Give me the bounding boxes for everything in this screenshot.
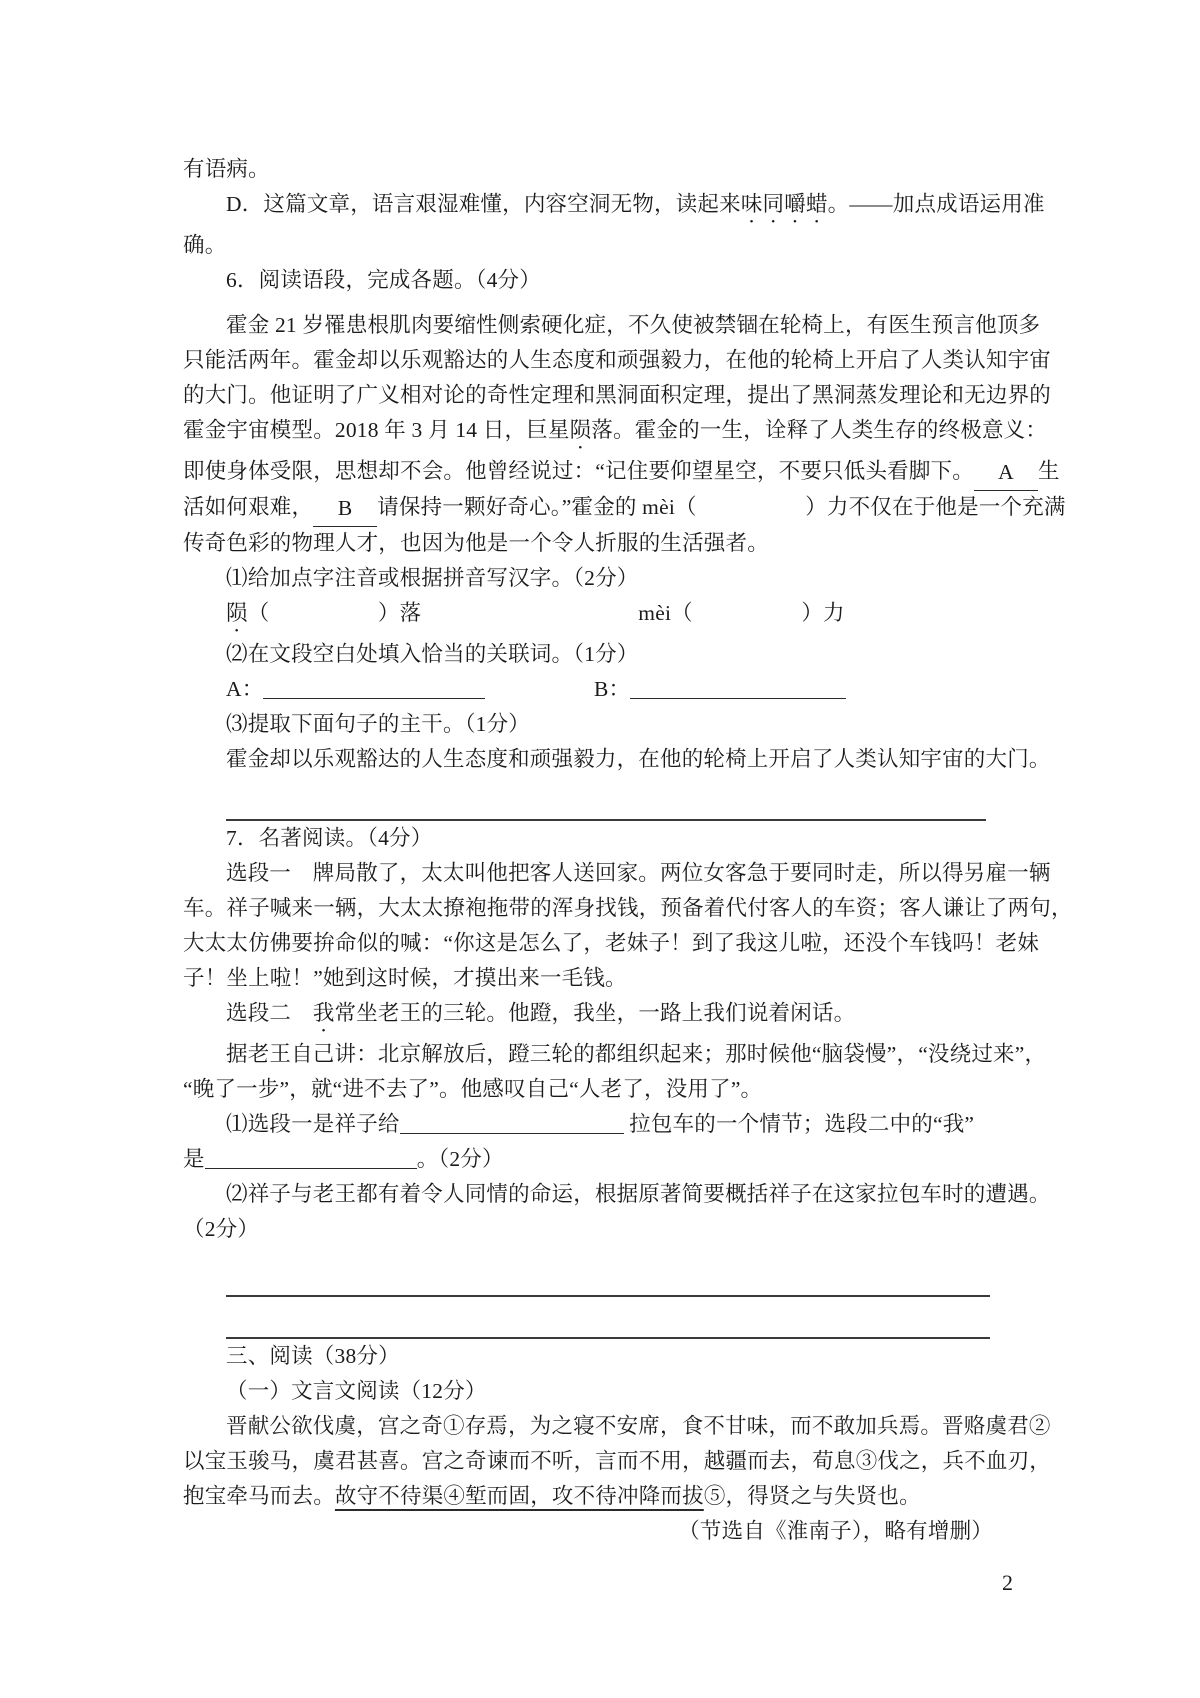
text-run: 晋献公欲伐虞，宫之奇①存焉，为之寝不安席，食不甘味，而不敢加兵焉。晋赂虞君② [226, 1414, 1051, 1438]
text-run: 传奇色彩的物理人才，也因为他是一个令人折服的生活强者。 [183, 531, 769, 555]
section-3-1-header: （一）文言文阅读（12分） [183, 1374, 1039, 1409]
q7-excerpt2-line-2: 据老王自己讲：北京解放后，蹬三轮的都组织起来；那时候他“脑袋慢”，“没绕过来”， [183, 1037, 1039, 1072]
text-run: ⑴选段一是祥子给 [226, 1112, 400, 1136]
exam-page: 有语病。D．这篇文章，语言艰湿难懂，内容空洞无物，读起来味同嚼蜡。——加点成语运… [0, 0, 1200, 1698]
text-run: B： [594, 677, 630, 701]
option-d: D．这篇文章，语言艰湿难懂，内容空洞无物，读起来味同嚼蜡。——加点成语运用准 [183, 187, 1039, 228]
q7-sub1-line-1: ⑴选段一是祥子给 拉包车的一个情节；选段二中的“我” [183, 1107, 1039, 1142]
text-run: （2分） [183, 1217, 259, 1241]
q6-passage-line-2: 只能活两年。霍金却以乐观豁达的人生态度和顽强毅力，在他的轮椅上开启了人类认知宇宙 [183, 343, 1039, 378]
classical-passage-line-3: 抱宝牵马而去。故守不待渠④堑而固，攻不待冲降而拔⑤，得贤之与失贤也。 [183, 1479, 1039, 1514]
text-run: 。——加点成语运用准 [828, 192, 1045, 216]
fill-in-blank [630, 680, 846, 699]
text-run: 活如何艰难， [183, 495, 313, 519]
exam-body: 有语病。D．这篇文章，语言艰湿难懂，内容空洞无物，读起来味同嚼蜡。——加点成语运… [183, 152, 1039, 1549]
q7-excerpt1-line-3: 大太太仿佛要拚命似的喊：“你这是怎么了，老妹子！到了我这儿啦，还没个车钱吗！老妹 [183, 926, 1039, 961]
text-run: 以宝玉骏马，虞君甚喜。宫之奇谏而不听，言而不用，越疆而去，荀息③伐之，兵不血刃， [183, 1449, 1051, 1473]
text-run: ⑤，得贤之与失贤也。 [704, 1484, 921, 1508]
q7-excerpt1-line-1: 选段一 牌局散了，太太叫他把客人送回家。两位女客急于要同时走，所以得另雇一辆 [183, 856, 1039, 891]
text-run: ⑵在文段空白处填入恰当的关联词。（1分） [226, 642, 639, 666]
answer-rule-1 [226, 777, 986, 821]
q6-passage-line-3: 的大门。他证明了广义相对论的奇性定理和黑洞面积定理，提出了黑洞蒸发理论和无边界的 [183, 378, 1039, 413]
q6-passage-line-6: 活如何艰难，B请保持一颗好奇心。”霍金的 mèi（ ）力不仅在于他是一个充满 [183, 490, 1039, 526]
text-run: （节选自《淮南子），略有增删） [678, 1519, 993, 1543]
text-run: 车。祥子喊来一辆，大太太撩袍拖带的浑身找钱，预备着代付客人的车资；客人谦让了两句… [183, 896, 1073, 920]
q7-excerpt2-line-3: “晚了一步”，就“进不去了”。他感叹自己“人老了，没用了”。 [183, 1072, 1039, 1107]
text-run: 7．名著阅读。（4分） [226, 826, 432, 850]
section-3-header: 三、阅读（38分） [183, 1339, 1039, 1374]
answer-rule-3 [226, 1297, 990, 1339]
emphasis-dotted-text: 陨 [226, 601, 248, 625]
text-run [485, 677, 594, 701]
text-run: 抱宝牵马而去。 [183, 1484, 335, 1508]
classical-passage-line-2: 以宝玉骏马，虞君甚喜。宫之奇谏而不听，言而不用，越疆而去，荀息③伐之，兵不血刃， [183, 1444, 1039, 1479]
text-run: 6．阅读语段，完成各题。（4分） [226, 268, 541, 292]
text-run: 子！坐上啦！”她到这时候，才摸出来一毛钱。 [183, 966, 627, 990]
fill-in-blank [263, 680, 485, 699]
text-run: （一）文言文阅读（12分） [226, 1379, 487, 1403]
q6-passage-line-5: 即使身体受限，思想却不会。他曾经说过：“记住要仰望星空，不要只低头看脚下。A生 [183, 454, 1039, 490]
q6-header: 6．阅读语段，完成各题。（4分） [183, 263, 1039, 298]
line-grammar-tail: 有语病。 [183, 152, 1039, 187]
fill-in-blank [400, 1115, 624, 1134]
labeled-blank: A [974, 455, 1038, 491]
classical-passage-line-1: 晋献公欲伐虞，宫之奇①存焉，为之寝不安席，食不甘味，而不敢加兵焉。晋赂虞君② [183, 1409, 1039, 1444]
q6-passage-line-7: 传奇色彩的物理人才，也因为他是一个令人折服的生活强者。 [183, 526, 1039, 561]
emphasis-dotted-text: 我 [313, 1001, 335, 1025]
text-run: 三、阅读（38分） [226, 1344, 400, 1368]
q6-sub3-header: ⑶提取下面句子的主干。（1分） [183, 707, 1039, 742]
page-number: 2 [1002, 1570, 1013, 1596]
text-run: 即使身体受限，思想却不会。他曾经说过：“记住要仰望星空，不要只低头看脚下。 [183, 459, 974, 483]
text-run: 霍金却以乐观豁达的人生态度和顽强毅力，在他的轮椅上开启了人类认知宇宙的大门。 [226, 747, 1051, 771]
q7-excerpt2-line-1: 选段二 我常坐老王的三轮。他蹬，我坐，一路上我们说着闲话。 [183, 996, 1039, 1037]
text-run: 据老王自己讲：北京解放后，蹬三轮的都组织起来；那时候他“脑袋慢”，“没绕过来”， [226, 1042, 1046, 1066]
text-run: 选段一 牌局散了，太太叫他把客人送回家。两位女客急于要同时走，所以得另雇一辆 [226, 861, 1051, 885]
text-run: ⑵祥子与老王都有着令人同情的命运，根据原著简要概括祥子在这家拉包车时的遭遇。 [226, 1182, 1051, 1206]
text-run: “晚了一步”，就“进不去了”。他感叹自己“人老了，没用了”。 [183, 1077, 762, 1101]
emphasis-dotted-text: 陨 [570, 418, 592, 442]
text-run: 的大门。他证明了广义相对论的奇性定理和黑洞面积定理，提出了黑洞蒸发理论和无边界的 [183, 383, 1051, 407]
q7-header: 7．名著阅读。（4分） [183, 821, 1039, 856]
text-run: ⑶提取下面句子的主干。（1分） [226, 712, 530, 736]
text-run: 落。霍金的一生，诠释了人类生存的终极意义： [591, 418, 1047, 442]
text-run: 请保持一颗好奇心。”霍金的 mèi（ ）力不仅在于他是一个充满 [377, 495, 1065, 519]
q6-sub1-header: ⑴给加点字注音或根据拼音写汉字。（2分） [183, 561, 1039, 596]
q6-ab-blanks: A： B： [183, 672, 1039, 707]
text-run: 霍金 21 岁罹患根肌肉要缩性侧索硬化症，不久使被禁锢在轮椅上，有医生预言他顶多 [226, 313, 1040, 337]
q6-pinyin-line: 陨（ ）落 mèi（ ）力 [183, 596, 1039, 637]
q7-sub2-score: （2分） [183, 1212, 1039, 1247]
text-run: 常坐老王的三轮。他蹬，我坐，一路上我们说着闲话。 [335, 1001, 856, 1025]
gap-before-answers [183, 1247, 1039, 1255]
text-run: 。（2分） [417, 1147, 504, 1171]
q6-passage-line-4: 霍金宇宙模型。2018 年 3 月 14 日，巨星陨落。霍金的一生，诠释了人类生… [183, 413, 1039, 454]
text-run: 有语病。 [183, 157, 270, 181]
text-run: 拉包车的一个情节；选段二中的“我” [624, 1112, 975, 1136]
answer-rule-2 [226, 1255, 990, 1297]
q7-sub2-line-1: ⑵祥子与老王都有着令人同情的命运，根据原著简要概括祥子在这家拉包车时的遭遇。 [183, 1177, 1039, 1212]
labeled-blank: B [313, 491, 377, 527]
q7-excerpt1-line-2: 车。祥子喊来一辆，大太太撩袍拖带的浑身找钱，预备着代付客人的车资；客人谦让了两句… [183, 891, 1039, 926]
text-run: D．这篇文章，语言艰湿难懂，内容空洞无物，读起来 [226, 192, 741, 216]
text-run: 确。 [183, 233, 226, 257]
q7-excerpt1-line-4: 子！坐上啦！”她到这时候，才摸出来一毛钱。 [183, 961, 1039, 996]
text-run: 是 [183, 1147, 205, 1171]
text-run: ⑴给加点字注音或根据拼音写汉字。（2分） [226, 566, 639, 590]
emphasis-dotted-text: 味同嚼蜡 [741, 192, 828, 216]
underlined-text: 故守不待渠④堑而固，攻不待冲降而拔 [335, 1484, 704, 1508]
text-run: 生 [1038, 459, 1060, 483]
q7-sub1-line-2: 是。（2分） [183, 1142, 1039, 1177]
q6-passage-line-1: 霍金 21 岁罹患根肌肉要缩性侧索硬化症，不久使被禁锢在轮椅上，有医生预言他顶多 [183, 308, 1039, 343]
option-d-tail: 确。 [183, 228, 1039, 263]
text-run: A： [226, 677, 263, 701]
text-run: 大太太仿佛要拚命似的喊：“你这是怎么了，老妹子！到了我这儿啦，还没个车钱吗！老妹 [183, 931, 1039, 955]
q6-sub2-header: ⑵在文段空白处填入恰当的关联词。（1分） [183, 637, 1039, 672]
fill-in-blank [205, 1150, 417, 1169]
text-run: 霍金宇宙模型。2018 年 3 月 14 日，巨星 [183, 418, 570, 442]
text-run: 只能活两年。霍金却以乐观豁达的人生态度和顽强毅力，在他的轮椅上开启了人类认知宇宙 [183, 348, 1051, 372]
text-run: （ ）落 mèi（ ）力 [248, 601, 845, 625]
text-run: 选段二 [226, 1001, 313, 1025]
q6-sentence: 霍金却以乐观豁达的人生态度和顽强毅力，在他的轮椅上开启了人类认知宇宙的大门。 [183, 742, 1039, 777]
source-note: （节选自《淮南子），略有增删） [183, 1514, 1039, 1549]
